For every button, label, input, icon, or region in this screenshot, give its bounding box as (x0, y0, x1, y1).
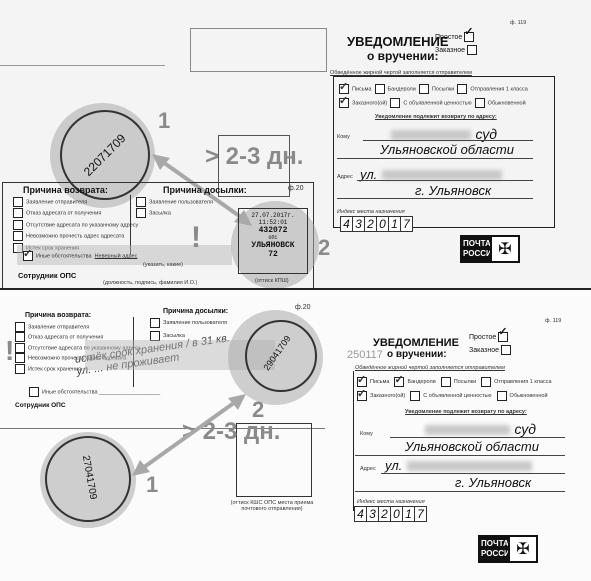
checkbox-option: Невозможно прочесть адрес адресата (13, 231, 138, 242)
checkbox-option: Заказного(ой) (357, 393, 405, 399)
return-reason-title: Причина возврата: (23, 185, 108, 195)
checkbox-option: Засылка (136, 208, 213, 219)
checkbox-option: С объявленной ценностью (410, 393, 491, 399)
bottom-document-photo: Причина возврата: Причина досылки: ф.20 … (0, 290, 591, 581)
checkbox-option: Посылки (441, 379, 476, 385)
other-value: Неверный адрес (95, 253, 138, 259)
return-form-top: Причина возврата: Причина досылки: ф.20 … (2, 182, 314, 289)
exclaim-mark: ! (191, 221, 201, 255)
notice-form-bottom: УВЕДОМЛЕНИЕ о вручении: 250117 Простое З… (345, 305, 585, 545)
checkbox[interactable] (13, 208, 23, 218)
checkbox[interactable] (481, 377, 491, 387)
top-document-photo: УВЕДОМЛЕНИЕ о вручении: Простое Заказное… (0, 0, 591, 290)
other-checkbox[interactable] (23, 251, 33, 261)
checkbox[interactable] (13, 231, 23, 241)
checkbox[interactable] (357, 391, 367, 401)
checkbox[interactable] (13, 220, 23, 230)
checkbox[interactable] (13, 197, 23, 207)
checkbox-option: Отказ адресата от получения (13, 208, 138, 219)
checkbox-option: Отправления 1 класса (481, 379, 551, 385)
checkbox[interactable] (136, 208, 146, 218)
checkbox[interactable] (441, 377, 451, 387)
checkbox-option: Отсутствие адресата по указанному адресу (13, 220, 138, 231)
checkbox-option: Письма (357, 379, 389, 385)
kpsh-imprint: 27.07.2017г. 11:52:01 432072 ОПС УЛЬЯНОВ… (238, 208, 308, 274)
index-digit: 7 (414, 506, 427, 522)
checkbox-option: Бандероли (394, 379, 435, 385)
checkbox[interactable] (357, 377, 367, 387)
checkbox-option: Заявление пользователя (136, 197, 213, 208)
checkbox-option: Заявление отправителя (13, 197, 138, 208)
checkbox-option: Обыкновенной (497, 393, 548, 399)
russian-post-logo-bottom: ПОЧТА РОССИИ ✠ (478, 535, 538, 563)
forward-reasons: Заявление пользователяЗасылка (136, 197, 213, 220)
checkbox[interactable] (497, 391, 507, 401)
checkbox[interactable] (410, 391, 420, 401)
forward-reason-title: Причина досылки: (163, 185, 247, 195)
eagle-emblem-icon: ✠ (508, 535, 538, 563)
other-reason: Иные обстоятельства Неверный адрес (23, 251, 137, 261)
checkbox[interactable] (136, 197, 146, 207)
checkbox[interactable] (394, 377, 404, 387)
employee-label: Сотрудник ОПС (18, 271, 76, 280)
